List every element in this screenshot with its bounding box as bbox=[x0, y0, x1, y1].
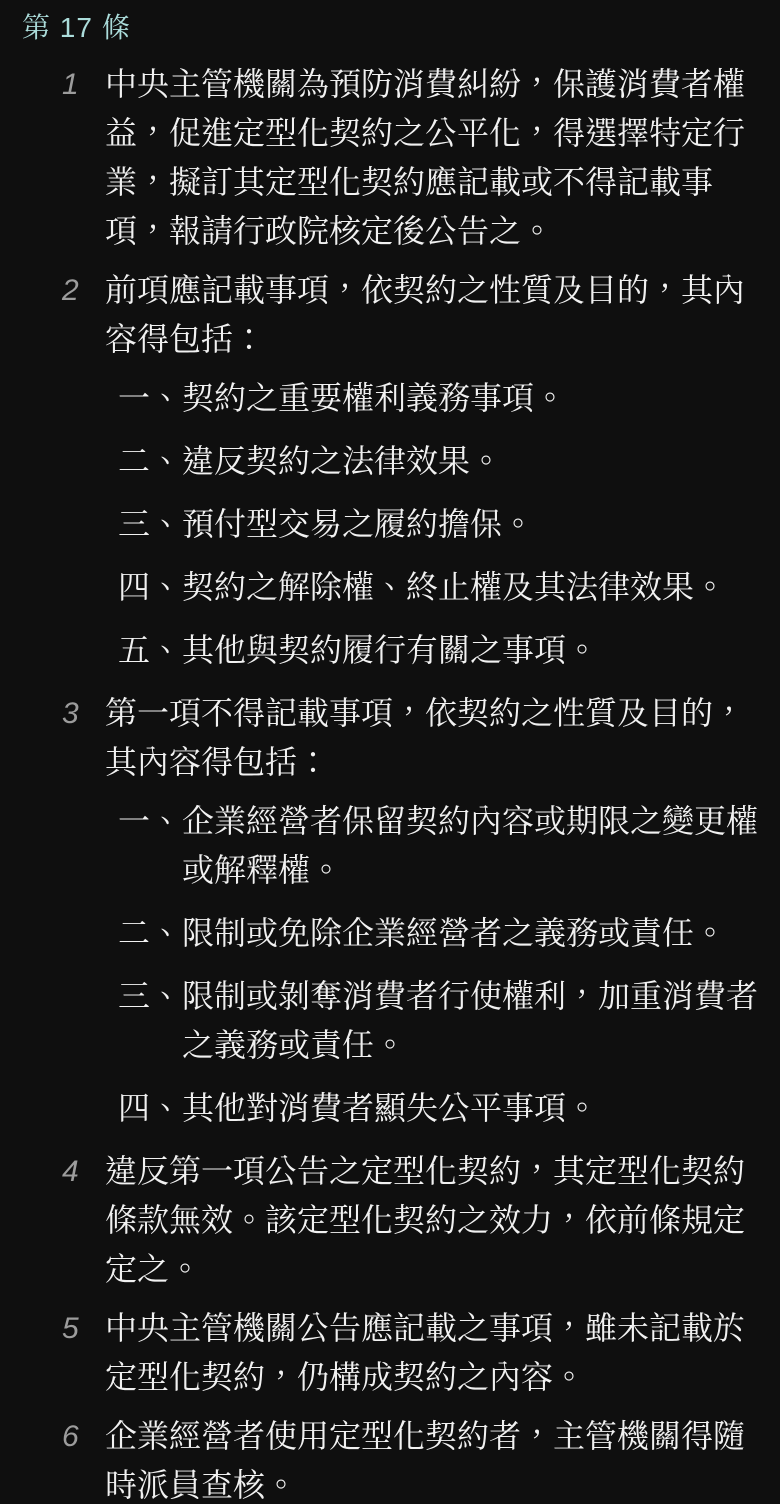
paragraph-number: 4 bbox=[62, 1147, 105, 1294]
list-item: 三、預付型交易之履約擔保。 bbox=[118, 500, 768, 549]
paragraph-number: 3 bbox=[62, 689, 105, 787]
paragraph-text: 中央主管機關公告應記載之事項，雖未記載於定型化契約，仍構成契約之內容。 bbox=[105, 1304, 755, 1402]
paragraph-block: 4 違反第一項公告之定型化契約，其定型化契約條款無效。該定型化契約之效力，依前條… bbox=[0, 1147, 780, 1294]
article-document: 第 17 條 1 中央主管機關為預防消費糾紛，保護消費者權益，促進定型化契約之公… bbox=[0, 0, 780, 1504]
paragraph-row: 1 中央主管機關為預防消費糾紛，保護消費者權益，促進定型化契約之公平化，得選擇特… bbox=[62, 60, 780, 256]
paragraph-number: 5 bbox=[62, 1304, 105, 1402]
list-item: 二、違反契約之法律效果。 bbox=[118, 437, 768, 486]
list-item: 三、限制或剝奪消費者行使權利，加重消費者之義務或責任。 bbox=[118, 972, 768, 1070]
paragraph-text: 前項應記載事項，依契約之性質及目的，其內容得包括： bbox=[105, 266, 755, 364]
list-item: 五、其他與契約履行有關之事項。 bbox=[118, 626, 768, 675]
paragraph-row: 3 第一項不得記載事項，依契約之性質及目的，其內容得包括： bbox=[62, 689, 780, 787]
paragraph-block: 2 前項應記載事項，依契約之性質及目的，其內容得包括： 一、契約之重要權利義務事… bbox=[0, 266, 780, 675]
list-item: 一、企業經營者保留契約內容或期限之變更權或解釋權。 bbox=[118, 797, 768, 895]
list-item: 四、其他對消費者顯失公平事項。 bbox=[118, 1084, 768, 1133]
list-item: 二、限制或免除企業經營者之義務或責任。 bbox=[118, 909, 768, 958]
paragraph-block: 1 中央主管機關為預防消費糾紛，保護消費者權益，促進定型化契約之公平化，得選擇特… bbox=[0, 60, 780, 256]
paragraph-text: 違反第一項公告之定型化契約，其定型化契約條款無效。該定型化契約之效力，依前條規定… bbox=[105, 1147, 755, 1294]
paragraph-row: 2 前項應記載事項，依契約之性質及目的，其內容得包括： bbox=[62, 266, 780, 364]
article-heading[interactable]: 第 17 條 bbox=[22, 8, 780, 48]
list-item: 一、契約之重要權利義務事項。 bbox=[118, 374, 768, 423]
paragraph-block: 6 企業經營者使用定型化契約者，主管機關得隨時派員查核。 bbox=[0, 1412, 780, 1504]
paragraph-block: 5 中央主管機關公告應記載之事項，雖未記載於定型化契約，仍構成契約之內容。 bbox=[0, 1304, 780, 1402]
paragraph-block: 3 第一項不得記載事項，依契約之性質及目的，其內容得包括： 一、企業經營者保留契… bbox=[0, 689, 780, 1133]
paragraph-text: 中央主管機關為預防消費糾紛，保護消費者權益，促進定型化契約之公平化，得選擇特定行… bbox=[105, 60, 755, 256]
paragraph-row: 4 違反第一項公告之定型化契約，其定型化契約條款無效。該定型化契約之效力，依前條… bbox=[62, 1147, 780, 1294]
paragraph-row: 6 企業經營者使用定型化契約者，主管機關得隨時派員查核。 bbox=[62, 1412, 780, 1504]
paragraph-number: 1 bbox=[62, 60, 105, 256]
paragraph-text: 第一項不得記載事項，依契約之性質及目的，其內容得包括： bbox=[105, 689, 755, 787]
paragraph-number: 2 bbox=[62, 266, 105, 364]
list-item: 四、契約之解除權、終止權及其法律效果。 bbox=[118, 563, 768, 612]
paragraph-number: 6 bbox=[62, 1412, 105, 1504]
paragraph-row: 5 中央主管機關公告應記載之事項，雖未記載於定型化契約，仍構成契約之內容。 bbox=[62, 1304, 780, 1402]
paragraph-text: 企業經營者使用定型化契約者，主管機關得隨時派員查核。 bbox=[105, 1412, 755, 1504]
